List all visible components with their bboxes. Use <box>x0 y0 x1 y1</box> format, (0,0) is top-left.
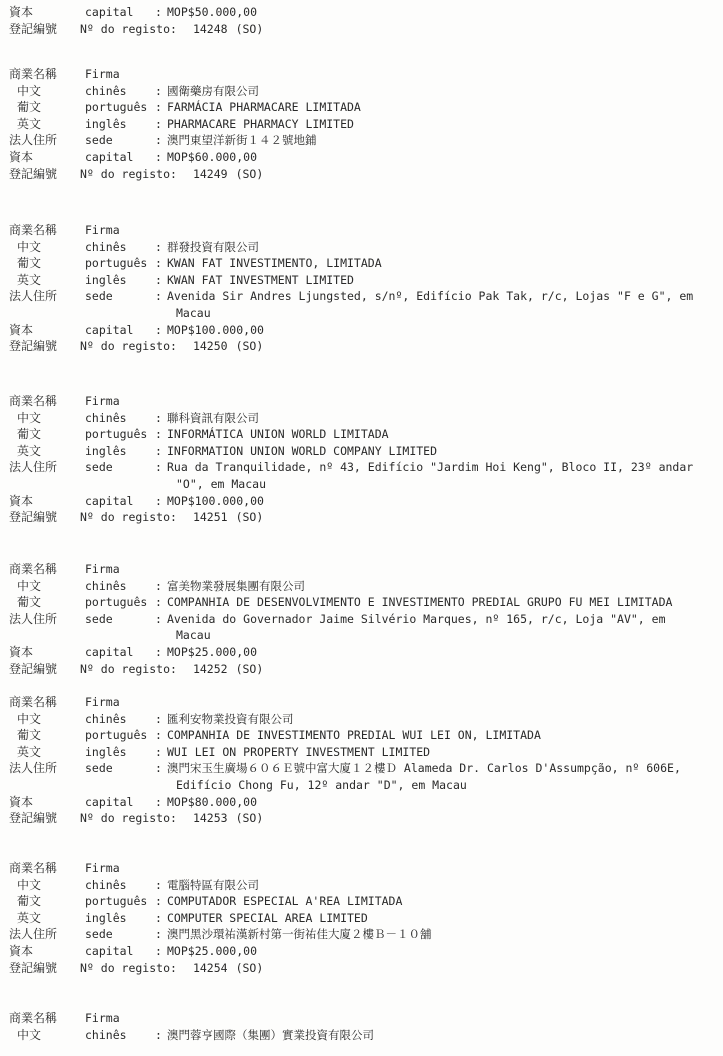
registo-suffix: (SO) <box>236 661 264 678</box>
colon-separator: : <box>155 116 167 133</box>
registo-number: 14252 <box>193 661 228 678</box>
portuguese-name-value: FARMÁCIA PHARMACARE LIMITADA <box>167 99 723 116</box>
row-english-name: 英文 inglês : COMPUTER SPECIAL AREA LIMITE… <box>0 910 723 927</box>
label-registo-zh: 登記編號 <box>0 509 76 526</box>
english-name-value: INFORMATION UNION WORLD COMPANY LIMITED <box>167 443 723 460</box>
label-portuguese-zh: 葡文 <box>0 255 76 272</box>
registo-number: 14249 <box>193 166 228 183</box>
label-capital-zh: 資本 <box>0 322 76 339</box>
chinese-name-value: 聯科資訊有限公司 <box>167 410 723 427</box>
label-firma-zh: 商業名稱 <box>0 393 76 410</box>
row-chinese-name: 中文 chinês : 澳門蓉亨國際（集團）實業投資有限公司 <box>0 1027 723 1044</box>
label-firma-zh: 商業名稱 <box>0 222 76 239</box>
label-firma-zh: 商業名稱 <box>0 561 76 578</box>
colon-separator: : <box>155 644 167 661</box>
label-portuguese-zh: 葡文 <box>0 893 76 910</box>
row-english-name: 英文 inglês : INFORMATION UNION WORLD COMP… <box>0 443 723 460</box>
capital-value: MOP$60.000,00 <box>167 149 723 166</box>
registo-suffix: (SO) <box>236 810 264 827</box>
label-registo-pt: Nº do registo: <box>80 21 177 38</box>
row-registo: 登記編號 Nº do registo: 14250 (SO) <box>0 338 723 355</box>
colon-separator: : <box>155 322 167 339</box>
row-capital: 資本 capital : MOP$100.000,00 <box>0 322 723 339</box>
row-registo: 登記編號 Nº do registo: 14254 (SO) <box>0 960 723 977</box>
portuguese-name-value: COMPANHIA DE DESENVOLVIMENTO E INVESTIME… <box>167 594 723 611</box>
label-firma-zh: 商業名稱 <box>0 66 76 83</box>
capital-value: MOP$25.000,00 <box>167 943 723 960</box>
label-capital-zh: 資本 <box>0 149 76 166</box>
label-chinese-pt: chinês <box>85 83 155 100</box>
row-english-name: 英文 inglês : PHARMACARE PHARMACY LIMITED <box>0 116 723 133</box>
registo-number: 14250 <box>193 338 228 355</box>
row-chinese-name: 中文 chinês : 富美物業發展集團有限公司 <box>0 578 723 595</box>
label-sede-zh: 法人住所 <box>0 459 76 476</box>
label-capital-zh: 資本 <box>0 493 76 510</box>
label-chinese-zh: 中文 <box>0 711 76 728</box>
english-name-value: WUI LEI ON PROPERTY INVESTMENT LIMITED <box>167 744 723 761</box>
row-english-name: 英文 inglês : WUI LEI ON PROPERTY INVESTME… <box>0 744 723 761</box>
label-sede-pt: sede <box>85 926 155 943</box>
label-portuguese-zh: 葡文 <box>0 99 76 116</box>
label-chinese-zh: 中文 <box>0 578 76 595</box>
label-english-zh: 英文 <box>0 116 76 133</box>
registo-suffix: (SO) <box>236 509 264 526</box>
label-sede-pt: sede <box>85 288 155 305</box>
colon-separator: : <box>155 794 167 811</box>
row-chinese-name: 中文 chinês : 匯利安物業投資有限公司 <box>0 711 723 728</box>
label-capital-pt: capital <box>85 943 155 960</box>
row-chinese-name: 中文 chinês : 群發投資有限公司 <box>0 239 723 256</box>
label-firma-zh: 商業名稱 <box>0 694 76 711</box>
registo-number: 14248 <box>193 21 228 38</box>
colon-separator: : <box>155 99 167 116</box>
label-registo-pt: Nº do registo: <box>80 810 177 827</box>
label-firma-pt: Firma <box>85 694 155 711</box>
row-firma: 商業名稱 Firma <box>0 1010 723 1027</box>
sede-value: Avenida do Governador Jaime Silvério Mar… <box>167 611 723 644</box>
label-registo-zh: 登記編號 <box>0 166 76 183</box>
colon-separator: : <box>155 711 167 728</box>
label-firma-zh: 商業名稱 <box>0 860 76 877</box>
label-firma-zh: 商業名稱 <box>0 1010 76 1027</box>
label-portuguese-pt: português <box>85 426 155 443</box>
label-portuguese-zh: 葡文 <box>0 594 76 611</box>
sede-value: Rua da Tranquilidade, nº 43, Edifício "J… <box>167 459 723 492</box>
row-english-name: 英文 inglês : KWAN FAT INVESTMENT LIMITED <box>0 272 723 289</box>
label-firma-pt: Firma <box>85 860 155 877</box>
english-name-value: COMPUTER SPECIAL AREA LIMITED <box>167 910 723 927</box>
label-portuguese-pt: português <box>85 99 155 116</box>
sede-value: 澳門黑沙環祐漢新村第一街祐佳大廈２樓Ｂ－１０舖 <box>167 926 723 943</box>
registry-entry: 商業名稱 Firma 中文 chinês : 群發投資有限公司 葡文 portu… <box>0 222 723 355</box>
row-sede: 法人住所 sede : 澳門黑沙環祐漢新村第一街祐佳大廈２樓Ｂ－１０舖 <box>0 926 723 943</box>
row-firma: 商業名稱 Firma <box>0 393 723 410</box>
row-portuguese-name: 葡文 português : INFORMÁTICA UNION WORLD L… <box>0 426 723 443</box>
colon-separator: : <box>155 578 167 595</box>
label-sede-pt: sede <box>85 611 155 628</box>
label-firma-pt: Firma <box>85 66 155 83</box>
capital-value: MOP$50.000,00 <box>167 4 723 21</box>
label-english-zh: 英文 <box>0 272 76 289</box>
row-portuguese-name: 葡文 português : COMPUTADOR ESPECIAL A'REA… <box>0 893 723 910</box>
portuguese-name-value: KWAN FAT INVESTIMENTO, LIMITADA <box>167 255 723 272</box>
label-capital-pt: capital <box>85 149 155 166</box>
label-chinese-pt: chinês <box>85 877 155 894</box>
colon-separator: : <box>155 149 167 166</box>
row-capital: 資本 capital : MOP$80.000,00 <box>0 794 723 811</box>
registry-entry: 商業名稱 Firma 中文 chinês : 聯科資訊有限公司 葡文 portu… <box>0 393 723 526</box>
chinese-name-value: 富美物業發展集團有限公司 <box>167 578 723 595</box>
colon-separator: : <box>155 410 167 427</box>
label-portuguese-pt: português <box>85 893 155 910</box>
row-sede: 法人住所 sede : Avenida Sir Andres Ljungsted… <box>0 288 723 321</box>
colon-separator: : <box>155 132 167 149</box>
label-registo-pt: Nº do registo: <box>80 509 177 526</box>
label-portuguese-pt: português <box>85 594 155 611</box>
label-chinese-pt: chinês <box>85 711 155 728</box>
colon-separator: : <box>155 893 167 910</box>
label-portuguese-zh: 葡文 <box>0 727 76 744</box>
label-english-zh: 英文 <box>0 744 76 761</box>
label-english-zh: 英文 <box>0 910 76 927</box>
label-sede-pt: sede <box>85 459 155 476</box>
label-firma-pt: Firma <box>85 1010 155 1027</box>
label-capital-pt: capital <box>85 322 155 339</box>
row-sede: 法人住所 sede : Avenida do Governador Jaime … <box>0 611 723 644</box>
colon-separator: : <box>155 83 167 100</box>
english-name-value: PHARMACARE PHARMACY LIMITED <box>167 116 723 133</box>
label-firma-pt: Firma <box>85 561 155 578</box>
colon-separator: : <box>155 744 167 761</box>
chinese-name-value: 匯利安物業投資有限公司 <box>167 711 723 728</box>
sede-value: 澳門東望洋新街１４２號地鋪 <box>167 132 723 149</box>
colon-separator: : <box>155 926 167 943</box>
row-registo: 登記編號 Nº do registo: 14249 (SO) <box>0 166 723 183</box>
registo-suffix: (SO) <box>236 338 264 355</box>
colon-separator: : <box>155 594 167 611</box>
label-firma-pt: Firma <box>85 222 155 239</box>
row-sede: 法人住所 sede : 澳門宋玉生廣場６０６Ｅ號中富大廈１２樓Ｄ Alameda… <box>0 760 723 793</box>
colon-separator: : <box>155 611 167 628</box>
row-sede: 法人住所 sede : Rua da Tranquilidade, nº 43,… <box>0 459 723 492</box>
colon-separator: : <box>155 1027 167 1044</box>
registry-entry: 商業名稱 Firma 中文 chinês : 電腦特區有限公司 葡文 portu… <box>0 860 723 976</box>
colon-separator: : <box>155 877 167 894</box>
registry-entry: 商業名稱 Firma 中文 chinês : 國衛藥房有限公司 葡文 portu… <box>0 66 723 182</box>
row-chinese-name: 中文 chinês : 國衛藥房有限公司 <box>0 83 723 100</box>
colon-separator: : <box>155 459 167 476</box>
label-chinese-zh: 中文 <box>0 877 76 894</box>
registry-entry-partial-bottom: 商業名稱 Firma 中文 chinês : 澳門蓉亨國際（集團）實業投資有限公… <box>0 1010 723 1043</box>
row-firma: 商業名稱 Firma <box>0 222 723 239</box>
row-registo: 登記編號 Nº do registo: 14248 (SO) <box>0 21 723 38</box>
label-chinese-pt: chinês <box>85 578 155 595</box>
registo-suffix: (SO) <box>236 166 264 183</box>
chinese-name-value: 澳門蓉亨國際（集團）實業投資有限公司 <box>167 1027 723 1044</box>
colon-separator: : <box>155 760 167 777</box>
label-capital-zh: 資本 <box>0 4 76 21</box>
label-english-pt: inglês <box>85 910 155 927</box>
colon-separator: : <box>155 4 167 21</box>
label-registo-pt: Nº do registo: <box>80 661 177 678</box>
label-chinese-zh: 中文 <box>0 410 76 427</box>
label-english-pt: inglês <box>85 272 155 289</box>
row-capital: 資本 capital : MOP$100.000,00 <box>0 493 723 510</box>
colon-separator: : <box>155 255 167 272</box>
label-english-pt: inglês <box>85 744 155 761</box>
label-registo-zh: 登記編號 <box>0 338 76 355</box>
label-registo-zh: 登記編號 <box>0 661 76 678</box>
row-firma: 商業名稱 Firma <box>0 561 723 578</box>
chinese-name-value: 國衛藥房有限公司 <box>167 83 723 100</box>
colon-separator: : <box>155 910 167 927</box>
label-registo-pt: Nº do registo: <box>80 338 177 355</box>
row-firma: 商業名稱 Firma <box>0 694 723 711</box>
label-capital-pt: capital <box>85 4 155 21</box>
label-capital-zh: 資本 <box>0 794 76 811</box>
label-sede-zh: 法人住所 <box>0 760 76 777</box>
label-capital-zh: 資本 <box>0 644 76 661</box>
label-chinese-pt: chinês <box>85 1027 155 1044</box>
label-sede-zh: 法人住所 <box>0 926 76 943</box>
label-capital-pt: capital <box>85 644 155 661</box>
capital-value: MOP$100.000,00 <box>167 493 723 510</box>
chinese-name-value: 群發投資有限公司 <box>167 239 723 256</box>
label-sede-zh: 法人住所 <box>0 288 76 305</box>
registo-suffix: (SO) <box>236 960 264 977</box>
row-capital: 資本 capital : MOP$60.000,00 <box>0 149 723 166</box>
row-sede: 法人住所 sede : 澳門東望洋新街１４２號地鋪 <box>0 132 723 149</box>
label-capital-pt: capital <box>85 493 155 510</box>
portuguese-name-value: COMPANHIA DE INVESTIMENTO PREDIAL WUI LE… <box>167 727 723 744</box>
registry-document-page: 資本 capital : MOP$50.000,00 登記編號 Nº do re… <box>0 0 723 1056</box>
label-chinese-pt: chinês <box>85 410 155 427</box>
registry-entry-partial-top: 資本 capital : MOP$50.000,00 登記編號 Nº do re… <box>0 4 723 37</box>
row-capital: 資本 capital : MOP$50.000,00 <box>0 4 723 21</box>
label-sede-zh: 法人住所 <box>0 611 76 628</box>
row-registo: 登記編號 Nº do registo: 14251 (SO) <box>0 509 723 526</box>
label-sede-pt: sede <box>85 132 155 149</box>
label-chinese-zh: 中文 <box>0 83 76 100</box>
label-registo-zh: 登記編號 <box>0 810 76 827</box>
registo-suffix: (SO) <box>236 21 264 38</box>
label-sede-pt: sede <box>85 760 155 777</box>
label-english-zh: 英文 <box>0 443 76 460</box>
colon-separator: : <box>155 443 167 460</box>
label-registo-zh: 登記編號 <box>0 21 76 38</box>
row-portuguese-name: 葡文 português : KWAN FAT INVESTIMENTO, LI… <box>0 255 723 272</box>
row-portuguese-name: 葡文 português : COMPANHIA DE DESENVOLVIME… <box>0 594 723 611</box>
capital-value: MOP$25.000,00 <box>167 644 723 661</box>
colon-separator: : <box>155 288 167 305</box>
colon-separator: : <box>155 727 167 744</box>
label-portuguese-zh: 葡文 <box>0 426 76 443</box>
portuguese-name-value: COMPUTADOR ESPECIAL A'REA LIMITADA <box>167 893 723 910</box>
row-firma: 商業名稱 Firma <box>0 66 723 83</box>
label-chinese-zh: 中文 <box>0 239 76 256</box>
sede-value: Avenida Sir Andres Ljungsted, s/nº, Edif… <box>167 288 723 321</box>
label-chinese-pt: chinês <box>85 239 155 256</box>
chinese-name-value: 電腦特區有限公司 <box>167 877 723 894</box>
row-registo: 登記編號 Nº do registo: 14253 (SO) <box>0 810 723 827</box>
capital-value: MOP$80.000,00 <box>167 794 723 811</box>
sede-value: 澳門宋玉生廣場６０６Ｅ號中富大廈１２樓Ｄ Alameda Dr. Carlos … <box>167 760 723 793</box>
label-registo-pt: Nº do registo: <box>80 960 177 977</box>
row-registo: 登記編號 Nº do registo: 14252 (SO) <box>0 661 723 678</box>
row-portuguese-name: 葡文 português : COMPANHIA DE INVESTIMENTO… <box>0 727 723 744</box>
label-registo-pt: Nº do registo: <box>80 166 177 183</box>
row-capital: 資本 capital : MOP$25.000,00 <box>0 943 723 960</box>
label-firma-pt: Firma <box>85 393 155 410</box>
label-portuguese-pt: português <box>85 255 155 272</box>
row-firma: 商業名稱 Firma <box>0 860 723 877</box>
row-portuguese-name: 葡文 português : FARMÁCIA PHARMACARE LIMIT… <box>0 99 723 116</box>
registo-number: 14253 <box>193 810 228 827</box>
registo-number: 14254 <box>193 960 228 977</box>
registry-entry: 商業名稱 Firma 中文 chinês : 匯利安物業投資有限公司 葡文 po… <box>0 694 723 827</box>
english-name-value: KWAN FAT INVESTMENT LIMITED <box>167 272 723 289</box>
label-chinese-zh: 中文 <box>0 1027 76 1044</box>
registry-entry: 商業名稱 Firma 中文 chinês : 富美物業發展集團有限公司 葡文 p… <box>0 561 723 677</box>
row-chinese-name: 中文 chinês : 聯科資訊有限公司 <box>0 410 723 427</box>
registo-number: 14251 <box>193 509 228 526</box>
label-registo-zh: 登記編號 <box>0 960 76 977</box>
colon-separator: : <box>155 426 167 443</box>
label-capital-pt: capital <box>85 794 155 811</box>
colon-separator: : <box>155 943 167 960</box>
capital-value: MOP$100.000,00 <box>167 322 723 339</box>
colon-separator: : <box>155 272 167 289</box>
portuguese-name-value: INFORMÁTICA UNION WORLD LIMITADA <box>167 426 723 443</box>
row-chinese-name: 中文 chinês : 電腦特區有限公司 <box>0 877 723 894</box>
label-english-pt: inglês <box>85 116 155 133</box>
row-capital: 資本 capital : MOP$25.000,00 <box>0 644 723 661</box>
label-english-pt: inglês <box>85 443 155 460</box>
colon-separator: : <box>155 239 167 256</box>
label-portuguese-pt: português <box>85 727 155 744</box>
colon-separator: : <box>155 493 167 510</box>
label-capital-zh: 資本 <box>0 943 76 960</box>
label-sede-zh: 法人住所 <box>0 132 76 149</box>
